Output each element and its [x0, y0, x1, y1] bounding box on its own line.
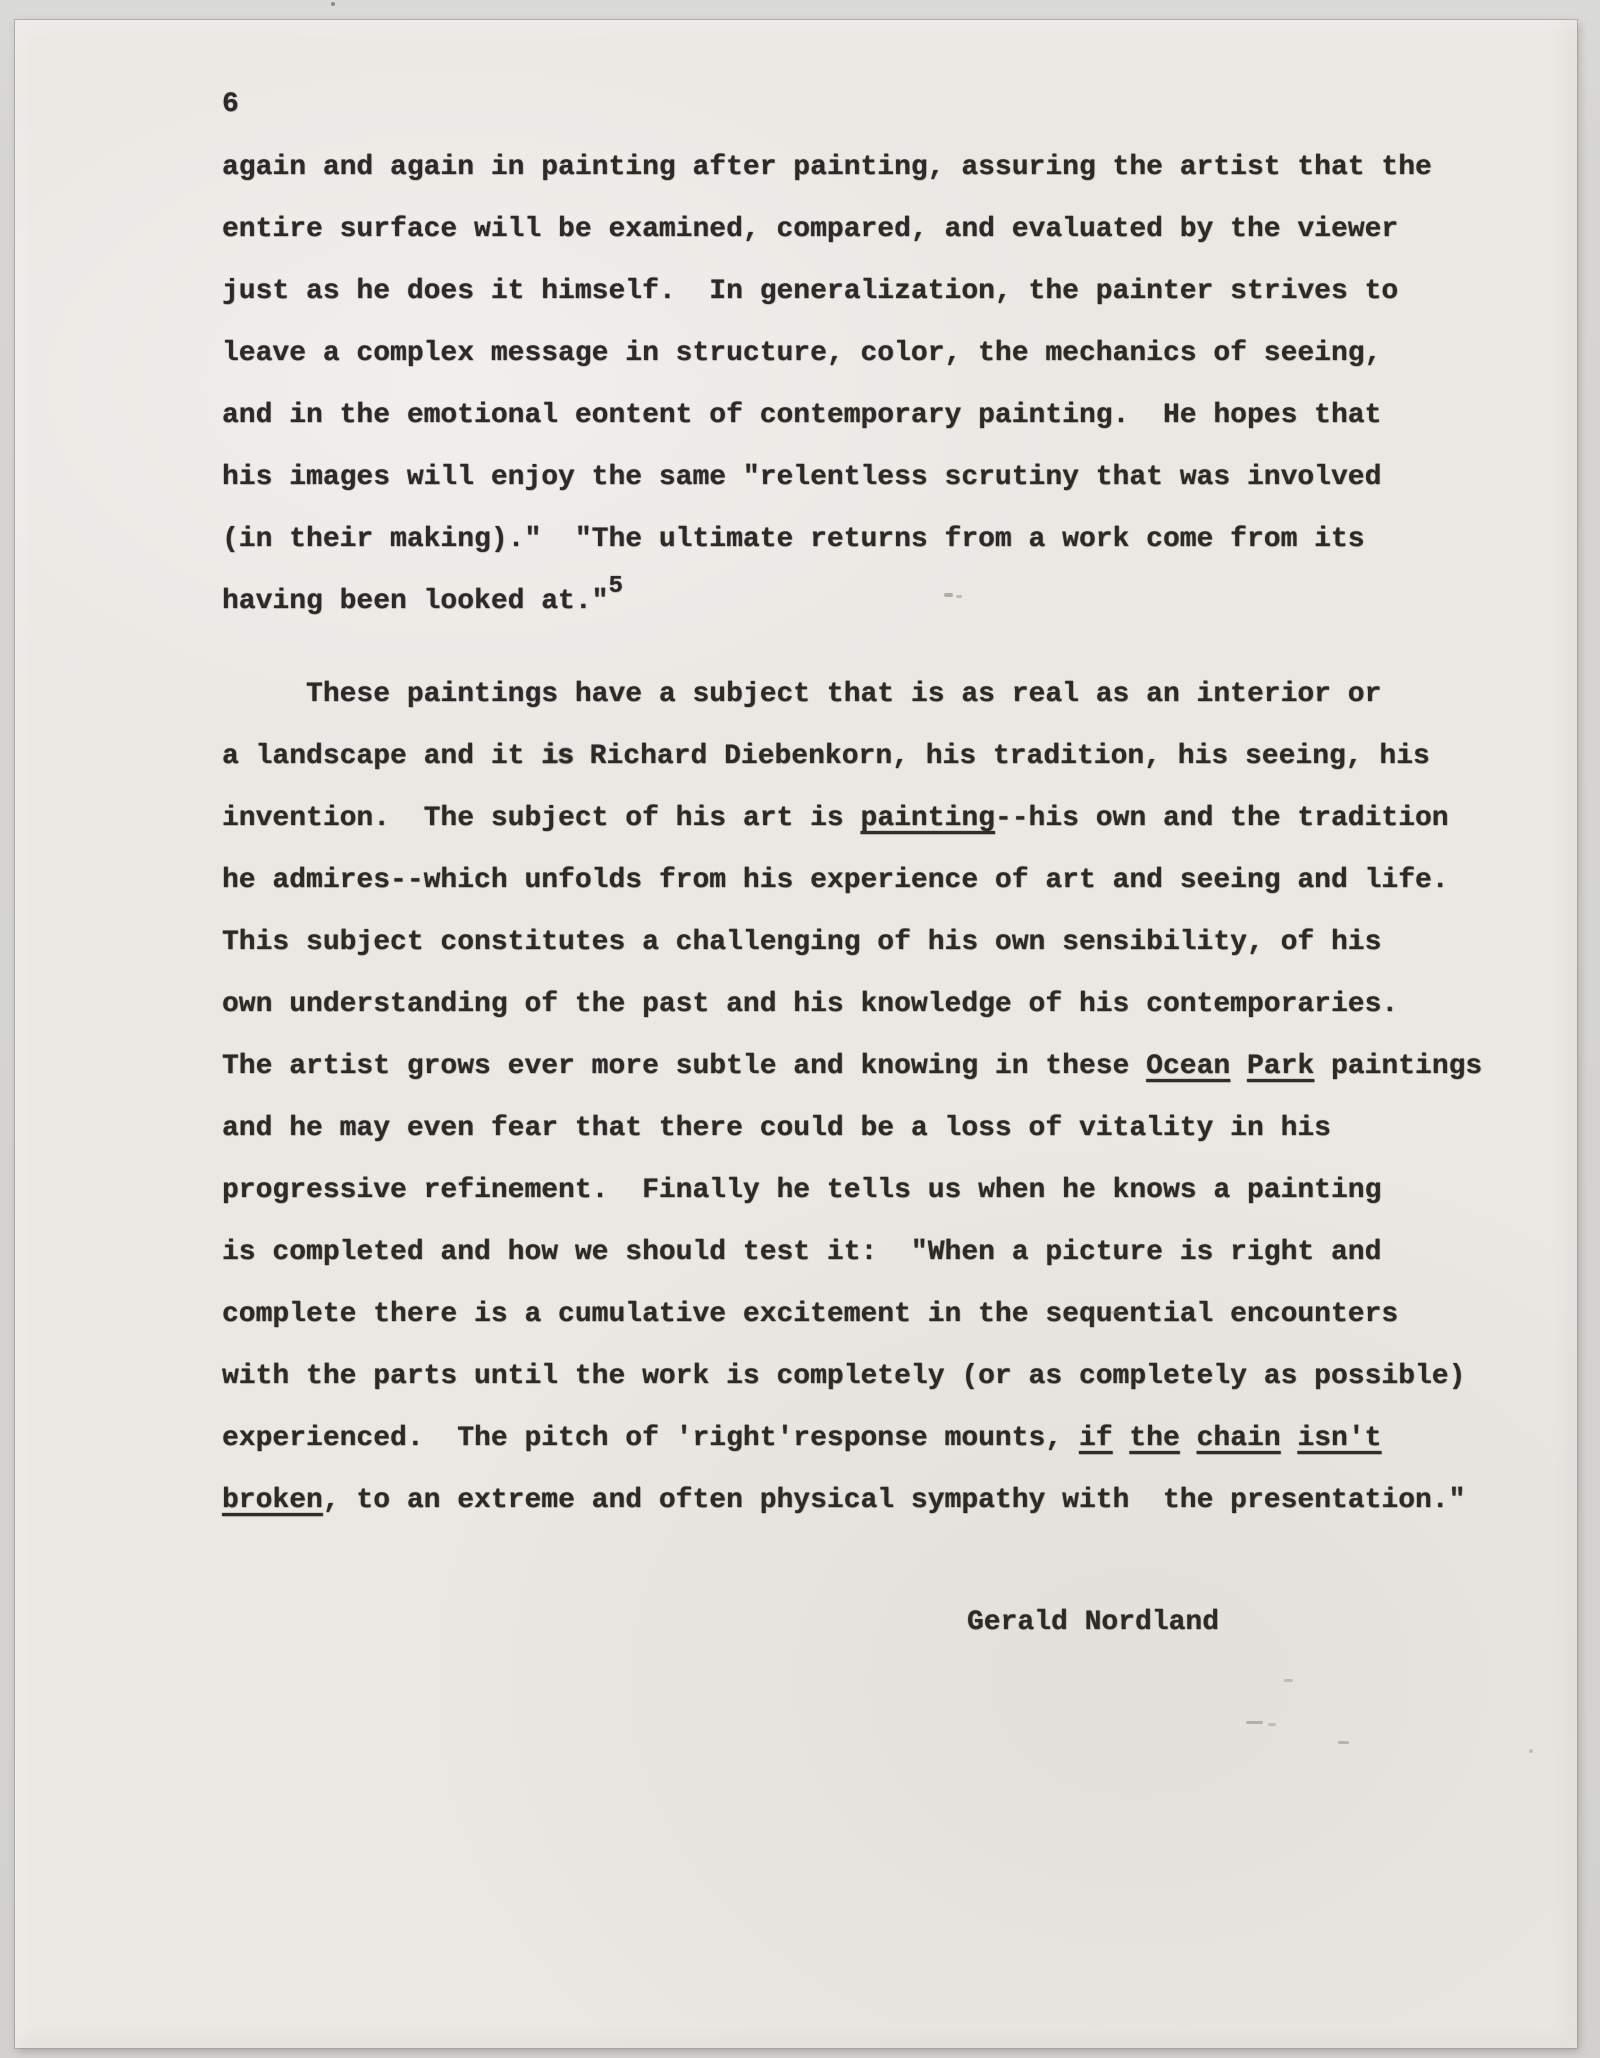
- paper-speck: [1338, 1741, 1349, 1744]
- paper-speck: [1111, 1311, 1119, 1314]
- paper-speck: [956, 595, 962, 598]
- text-line: his images will enjoy the same "relentle…: [222, 447, 1532, 509]
- text-line: is completed and how we should test it: …: [222, 1222, 1532, 1284]
- paper-speck: [1529, 1749, 1533, 1753]
- text-line: broken, to an extreme and often physical…: [222, 1470, 1532, 1532]
- text-line: with the parts until the work is complet…: [222, 1346, 1532, 1408]
- text-line: progressive refinement. Finally he tells…: [222, 1160, 1532, 1222]
- text-line: invention. The subject of his art is pai…: [222, 788, 1532, 850]
- text-line: These paintings have a subject that is a…: [222, 664, 1532, 726]
- paragraphs: again and again in painting after painti…: [222, 137, 1532, 1532]
- text-line: and in the emotional eontent of contempo…: [222, 385, 1532, 447]
- document-page: 6 again and again in painting after pain…: [15, 20, 1577, 2048]
- text-line: The artist grows ever more subtle and kn…: [222, 1036, 1532, 1098]
- paper-speck: [331, 2, 335, 6]
- text-line: and he may even fear that there could be…: [222, 1098, 1532, 1160]
- paper-speck: [1268, 1723, 1276, 1726]
- paragraph-1: again and again in painting after painti…: [222, 137, 1532, 633]
- text-line: having been looked at."5: [222, 571, 1532, 633]
- text-line: entire surface will be examined, compare…: [222, 199, 1532, 261]
- text-line: just as he does it himself. In generaliz…: [222, 261, 1532, 323]
- paper-speck: [1246, 1721, 1263, 1724]
- paper-speck: [1284, 1679, 1293, 1682]
- text-line: experienced. The pitch of 'right'respons…: [222, 1408, 1532, 1470]
- text-line: This subject constitutes a challenging o…: [222, 912, 1532, 974]
- text-line: leave a complex message in structure, co…: [222, 323, 1532, 385]
- paragraph-2: These paintings have a subject that is a…: [222, 664, 1532, 1532]
- text-line: (in their making)." "The ultimate return…: [222, 509, 1532, 571]
- text-line: own understanding of the past and his kn…: [222, 974, 1532, 1036]
- text-line: again and again in painting after painti…: [222, 137, 1532, 199]
- text-line: he admires--which unfolds from his exper…: [222, 850, 1532, 912]
- text-line: a landscape and it is Richard Diebenkorn…: [222, 726, 1532, 788]
- paper-speck: [944, 593, 953, 597]
- page-number: 6: [222, 74, 239, 136]
- text-line: complete there is a cumulative excitemen…: [222, 1284, 1532, 1346]
- author-signature: Gerald Nordland: [967, 1592, 1219, 1654]
- scanned-document: 6 again and again in painting after pain…: [0, 0, 1600, 2058]
